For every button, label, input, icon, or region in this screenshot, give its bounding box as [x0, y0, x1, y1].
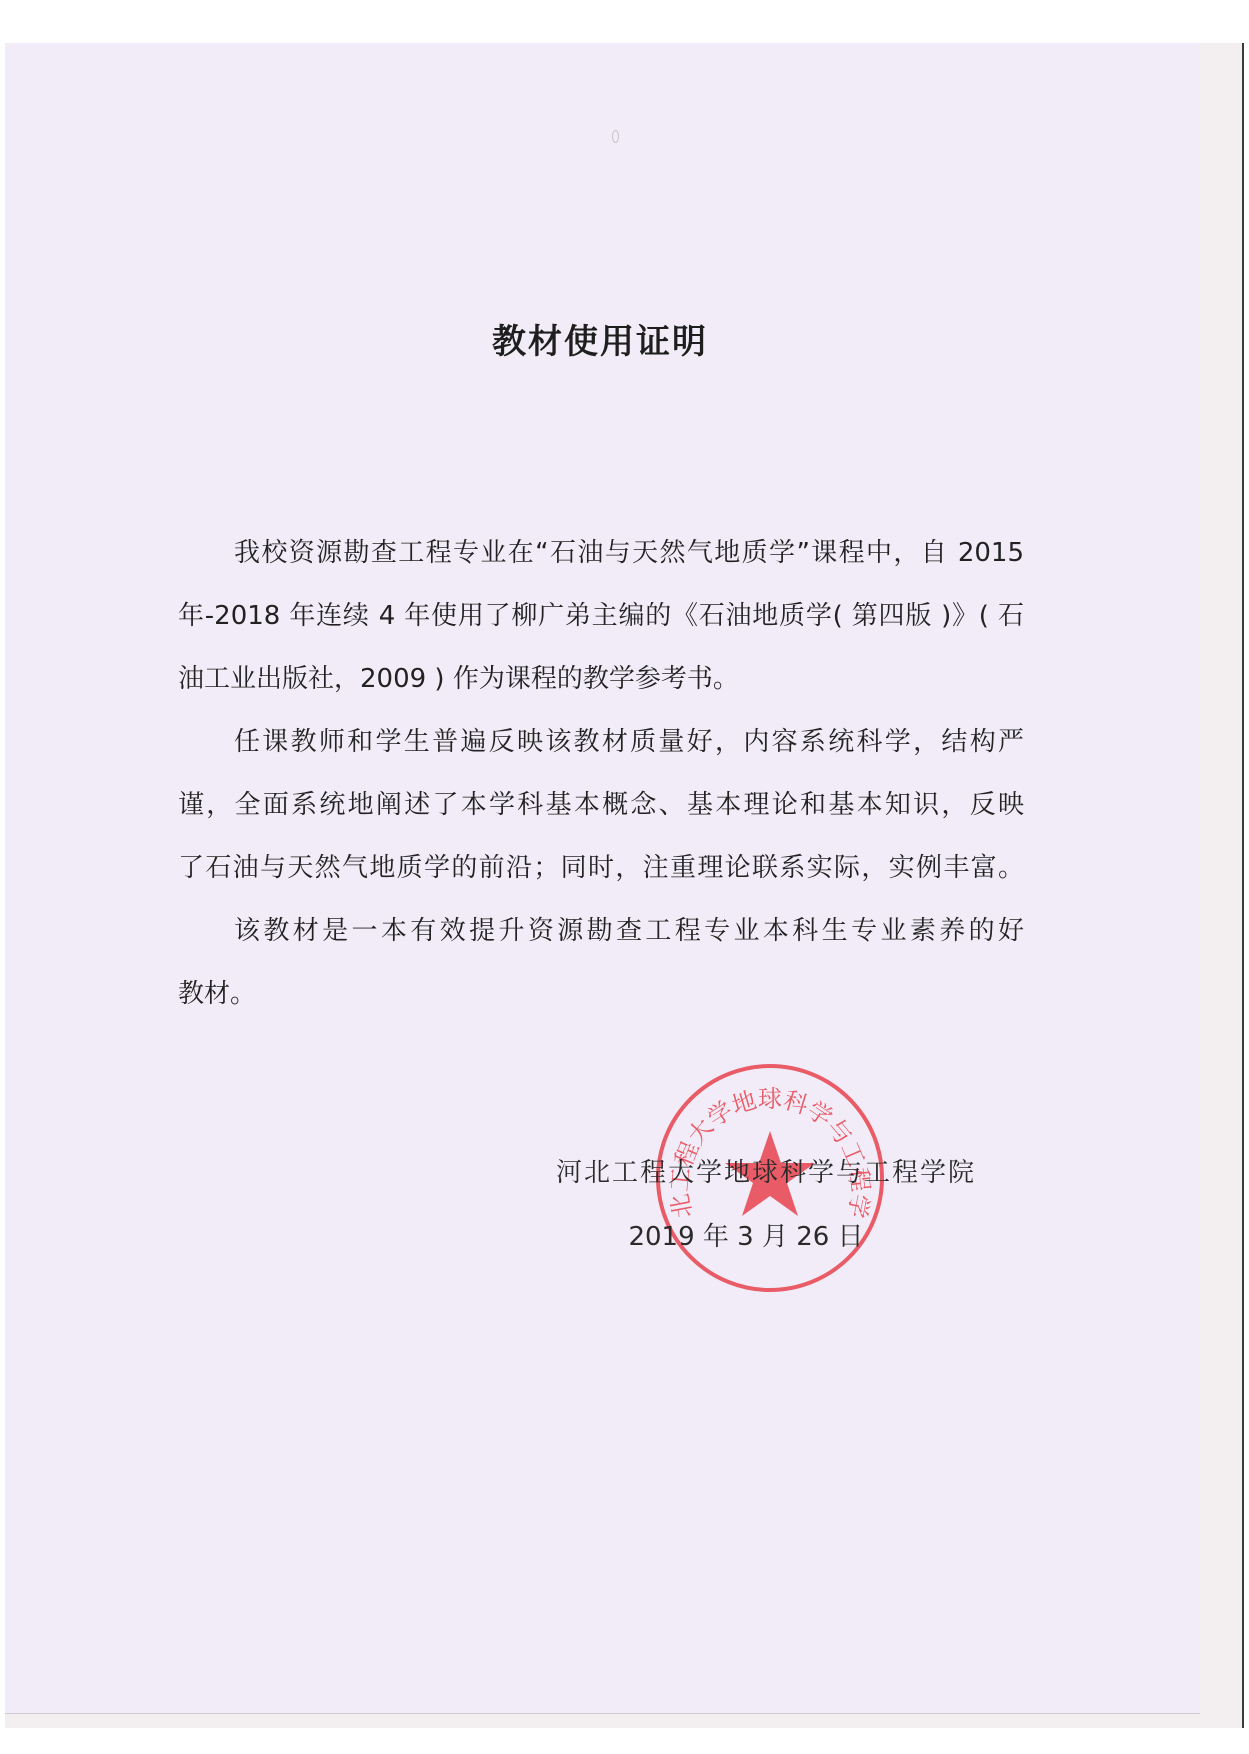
paragraph-1-line-1: 我校资源勘查工程专业在“石油与天然气地质学”课程中，自 2015	[178, 522, 1024, 585]
signature-block: 河北工程大学地球科学与工程学院 2019 年 3 月 26 日	[553, 1153, 979, 1257]
paragraph-3-line-1: 该教材是一本有效提升资源勘查工程专业本科生专业素养的好	[178, 900, 1024, 963]
paragraph-2-line-2: 谨，全面系统地阐述了本学科基本概念、基本理论和基本知识，反映	[178, 774, 1024, 837]
paragraph-1-line-2: 年-2018 年连续 4 年使用了柳广弟主编的《石油地质学( 第四版 )》( 石	[178, 585, 1024, 648]
document-title: 教材使用证明	[0, 320, 1200, 364]
paper-mark	[612, 130, 619, 143]
paragraph-2-line-1: 任课教师和学生普遍反映该教材质量好，内容系统科学，结构严	[178, 711, 1024, 774]
paragraph-3-line-2: 教材。	[178, 963, 1024, 1026]
signing-date: 2019 年 3 月 26 日	[553, 1217, 979, 1257]
signing-organization: 河北工程大学地球科学与工程学院	[553, 1153, 979, 1193]
paragraph-1-line-3: 油工业出版社，2009 ) 作为课程的教学参考书。	[178, 648, 1024, 711]
document-body: 我校资源勘查工程专业在“石油与天然气地质学”课程中，自 2015 年-2018 …	[178, 522, 1024, 1026]
paragraph-2-line-3: 了石油与天然气地质学的前沿；同时，注重理论联系实际，实例丰富。	[178, 837, 1024, 900]
